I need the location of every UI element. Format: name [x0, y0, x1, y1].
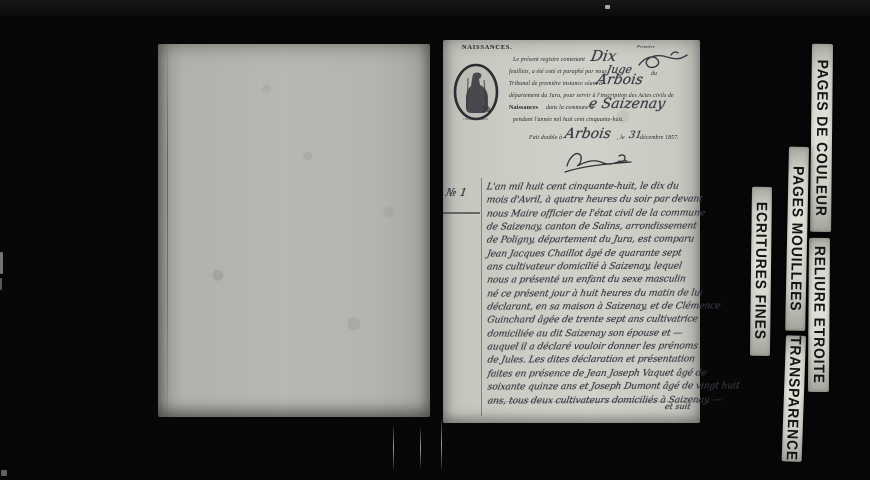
signature — [561, 146, 639, 178]
film-edge — [0, 0, 870, 16]
register-right-page: NAISSANCES. Première 70 TIMBRE IMPERIAL … — [443, 40, 700, 423]
header-line-1: Le présent registre contenant — [513, 57, 585, 63]
act-line: de Jules. Les dites déclaration et prése… — [486, 354, 700, 368]
header-line-2-suffix: du — [651, 71, 657, 77]
margin-underline — [443, 212, 480, 214]
label-text: PAGES MOUILLEES — [787, 166, 807, 312]
film-speck — [605, 5, 610, 9]
label-text: TRANSPARENCE — [783, 336, 804, 462]
film-scratch — [441, 418, 442, 470]
act-line: domiciliée au dit Saizenay son épouse et… — [486, 327, 700, 341]
label-pages-de-couleur: PAGES DE COULEUR — [810, 44, 833, 232]
film-scratch — [393, 425, 394, 470]
header-line-6: pendant l'année mil huit cent cinquante-… — [513, 117, 624, 123]
film-speck — [0, 278, 2, 290]
film-speck — [1, 470, 7, 476]
margin-rule — [481, 178, 482, 416]
microfilm-frame: NAISSANCES. Première 70 TIMBRE IMPERIAL … — [0, 0, 870, 480]
section-title: NAISSANCES. — [462, 44, 513, 51]
label-pages-mouillees: PAGES MOUILLEES — [785, 147, 809, 331]
stamp-value: 70 — [482, 105, 490, 114]
act-line: Guinchard âgée de trente sept ans cultiv… — [486, 314, 700, 328]
header-line-7b: , le — [617, 135, 625, 141]
header-line-7a: Fait double à — [529, 135, 562, 141]
hand-fait-double-place: Arbois — [564, 126, 613, 142]
act-line: Jean Jacques Chaillot âgé de quarante se… — [486, 247, 700, 261]
handwritten-flourish — [637, 49, 691, 73]
register-left-page — [158, 44, 430, 417]
act-body: L'an mil huit cent cinquante-huit, le di… — [486, 180, 699, 408]
act-line: nous Maire officier de l'état civil de l… — [485, 207, 699, 221]
hand-tribunal-place: Arbois — [596, 72, 645, 88]
header-line-5-bold: Naissances — [509, 105, 538, 111]
header-line-5: dans la commune d — [546, 105, 593, 111]
label-transparence: TRANSPARENCE — [782, 335, 806, 462]
act-line: de Poligny, département du Jura, est com… — [486, 234, 700, 248]
hand-commune: e Saizenay — [588, 96, 667, 112]
label-text: PAGES DE COULEUR — [812, 59, 831, 216]
continuation-note: et suit — [664, 402, 691, 411]
act-line: né ce présent jour à huit heures du mati… — [486, 287, 700, 301]
imperial-stamp-icon: 70 TIMBRE IMPERIAL — [451, 60, 501, 124]
act-line: nous a présenté un enfant du sexe mascul… — [486, 274, 700, 288]
act-line: faites en présence de Jean Joseph Vaquet… — [486, 367, 700, 381]
label-reliure-etroite: RELIURE ETROITE — [808, 238, 830, 392]
act-line: soixante quinze ans et Joseph Dumont âgé… — [486, 381, 700, 395]
header-line-7c: décembre 1857. — [640, 135, 679, 141]
label-text: RELIURE ETROITE — [810, 246, 828, 384]
label-ecritures-fines: ECRITURES FINES — [750, 187, 772, 356]
header-line-3: Tribunal de première instance séant à — [509, 81, 602, 87]
margin-act-number: № 1 — [445, 186, 468, 199]
label-text: ECRITURES FINES — [752, 202, 771, 340]
film-scratch — [420, 428, 421, 468]
page-crease — [167, 44, 168, 417]
header-line-2: feuillets, a été coté et paraphé par nou… — [509, 69, 607, 75]
stamp-legend: TIMBRE IMPERIAL — [463, 117, 489, 121]
act-line: mois d'Avril, à quatre heures du soir pa… — [485, 194, 699, 208]
film-speck — [0, 252, 3, 274]
